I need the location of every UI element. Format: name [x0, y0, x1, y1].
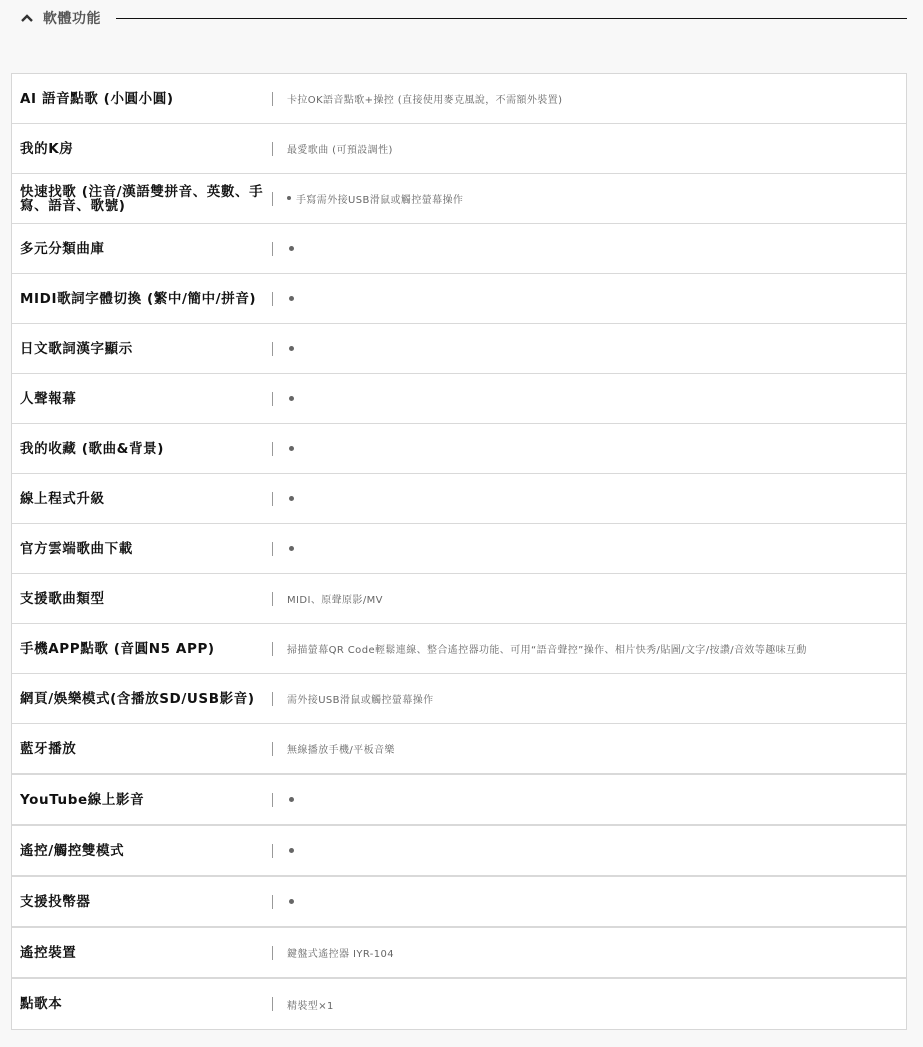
- spec-value: [287, 524, 898, 573]
- spec-row: AI 語音點歌 (小圓小圓) 卡拉OK語音點歌+操控 (直接使用麥克風說，不需額…: [12, 74, 906, 124]
- spec-value: [287, 374, 898, 423]
- column-divider: [272, 946, 273, 960]
- spec-label: 支援歌曲類型: [20, 574, 272, 623]
- supported-dot-icon: [289, 848, 294, 853]
- spec-row: 遙控/觸控雙模式: [12, 826, 906, 877]
- spec-value: 精裝型×1: [287, 979, 898, 1029]
- spec-value: [287, 775, 898, 824]
- column-divider: [272, 92, 273, 106]
- spec-value: [287, 424, 898, 473]
- spec-row: 多元分類曲庫: [12, 224, 906, 274]
- spec-label: 網頁/娛樂模式(含播放SD/USB影音): [20, 674, 272, 723]
- spec-row: 我的K房 最愛歌曲 (可預設調性): [12, 124, 906, 174]
- spec-value: 手寫需外接USB滑鼠或觸控螢幕操作: [287, 174, 898, 223]
- chevron-up-icon[interactable]: [20, 12, 34, 24]
- spec-row: 遙控裝置 鍵盤式遙控器 IYR-104: [12, 928, 906, 979]
- spec-value: [287, 877, 898, 926]
- supported-dot-icon: [289, 546, 294, 551]
- spec-value: 無線播放手機/平板音樂: [287, 724, 898, 773]
- spec-value: [287, 826, 898, 875]
- spec-label: 藍牙播放: [20, 724, 272, 773]
- spec-value: 卡拉OK語音點歌+操控 (直接使用麥克風說，不需額外裝置): [287, 74, 898, 123]
- spec-row: 支援投幣器: [12, 877, 906, 928]
- supported-dot-icon: [289, 797, 294, 802]
- spec-value: 需外接USB滑鼠或觸控螢幕操作: [287, 674, 898, 723]
- spec-label: 支援投幣器: [20, 877, 272, 926]
- spec-row: 線上程式升級: [12, 474, 906, 524]
- spec-row: 網頁/娛樂模式(含播放SD/USB影音) 需外接USB滑鼠或觸控螢幕操作: [12, 674, 906, 724]
- spec-row: 官方雲端歌曲下載: [12, 524, 906, 574]
- column-divider: [272, 742, 273, 756]
- spec-table: AI 語音點歌 (小圓小圓) 卡拉OK語音點歌+操控 (直接使用麥克風說，不需額…: [11, 73, 907, 1030]
- spec-label: 人聲報幕: [20, 374, 272, 423]
- spec-label: 日文歌詞漢字顯示: [20, 324, 272, 373]
- spec-value: [287, 224, 898, 273]
- spec-label: YouTube線上影音: [20, 775, 272, 824]
- section-title: 軟體功能: [43, 10, 101, 28]
- spec-row: MIDI歌詞字體切換 (繁中/簡中/拼音): [12, 274, 906, 324]
- spec-row: YouTube線上影音: [12, 775, 906, 826]
- column-divider: [272, 793, 273, 807]
- spec-row: 人聲報幕: [12, 374, 906, 424]
- supported-dot-icon: [289, 899, 294, 904]
- spec-value-text: 手寫需外接USB滑鼠或觸控螢幕操作: [296, 191, 463, 206]
- column-divider: [272, 442, 273, 456]
- spec-value: 鍵盤式遙控器 IYR-104: [287, 928, 898, 977]
- column-divider: [272, 342, 273, 356]
- spec-value: MIDI、原聲原影/MV: [287, 574, 898, 623]
- column-divider: [272, 592, 273, 606]
- spec-value: [287, 474, 898, 523]
- column-divider: [272, 242, 273, 256]
- spec-label: 線上程式升級: [20, 474, 272, 523]
- spec-row: 支援歌曲類型 MIDI、原聲原影/MV: [12, 574, 906, 624]
- spec-label: MIDI歌詞字體切換 (繁中/簡中/拼音): [20, 274, 272, 323]
- column-divider: [272, 642, 273, 656]
- section-header-software-features[interactable]: 軟體功能: [0, 0, 923, 40]
- spec-row: 點歌本 精裝型×1: [12, 979, 906, 1029]
- column-divider: [272, 997, 273, 1011]
- spec-label: 官方雲端歌曲下載: [20, 524, 272, 573]
- spec-label: 遙控/觸控雙模式: [20, 826, 272, 875]
- header-divider: [116, 18, 907, 19]
- column-divider: [272, 542, 273, 556]
- supported-dot-icon: [289, 346, 294, 351]
- spec-label: 我的收藏 (歌曲&背景): [20, 424, 272, 473]
- spec-row: 手機APP點歌 (音圓N5 APP) 掃描螢幕QR Code輕鬆連線、整合遙控器…: [12, 624, 906, 674]
- column-divider: [272, 492, 273, 506]
- spec-label: 快速找歌 (注音/漢語雙拼音、英數、手寫、語音、歌號): [20, 174, 272, 223]
- spec-label: 我的K房: [20, 124, 272, 173]
- supported-dot-icon: [289, 246, 294, 251]
- spec-row: 日文歌詞漢字顯示: [12, 324, 906, 374]
- spec-value: 掃描螢幕QR Code輕鬆連線、整合遙控器功能、可用“語音聲控”操作、相片快秀/…: [287, 624, 898, 673]
- spec-label: 手機APP點歌 (音圓N5 APP): [20, 624, 272, 673]
- spec-row: 藍牙播放 無線播放手機/平板音樂: [12, 724, 906, 775]
- column-divider: [272, 895, 273, 909]
- supported-dot-icon: [289, 296, 294, 301]
- supported-dot-icon: [289, 396, 294, 401]
- spec-label: 遙控裝置: [20, 928, 272, 977]
- column-divider: [272, 844, 273, 858]
- supported-dot-icon: [289, 446, 294, 451]
- column-divider: [272, 292, 273, 306]
- spec-value: [287, 274, 898, 323]
- spec-label: 點歌本: [20, 979, 272, 1029]
- spec-label: 多元分類曲庫: [20, 224, 272, 273]
- supported-dot-icon: [289, 496, 294, 501]
- column-divider: [272, 192, 273, 206]
- bullet-icon: [287, 196, 291, 200]
- column-divider: [272, 392, 273, 406]
- column-divider: [272, 692, 273, 706]
- spec-row: 快速找歌 (注音/漢語雙拼音、英數、手寫、語音、歌號) 手寫需外接USB滑鼠或觸…: [12, 174, 906, 224]
- column-divider: [272, 142, 273, 156]
- spec-value: 最愛歌曲 (可預設調性): [287, 124, 898, 173]
- spec-value: [287, 324, 898, 373]
- spec-row: 我的收藏 (歌曲&背景): [12, 424, 906, 474]
- spec-label: AI 語音點歌 (小圓小圓): [20, 74, 272, 123]
